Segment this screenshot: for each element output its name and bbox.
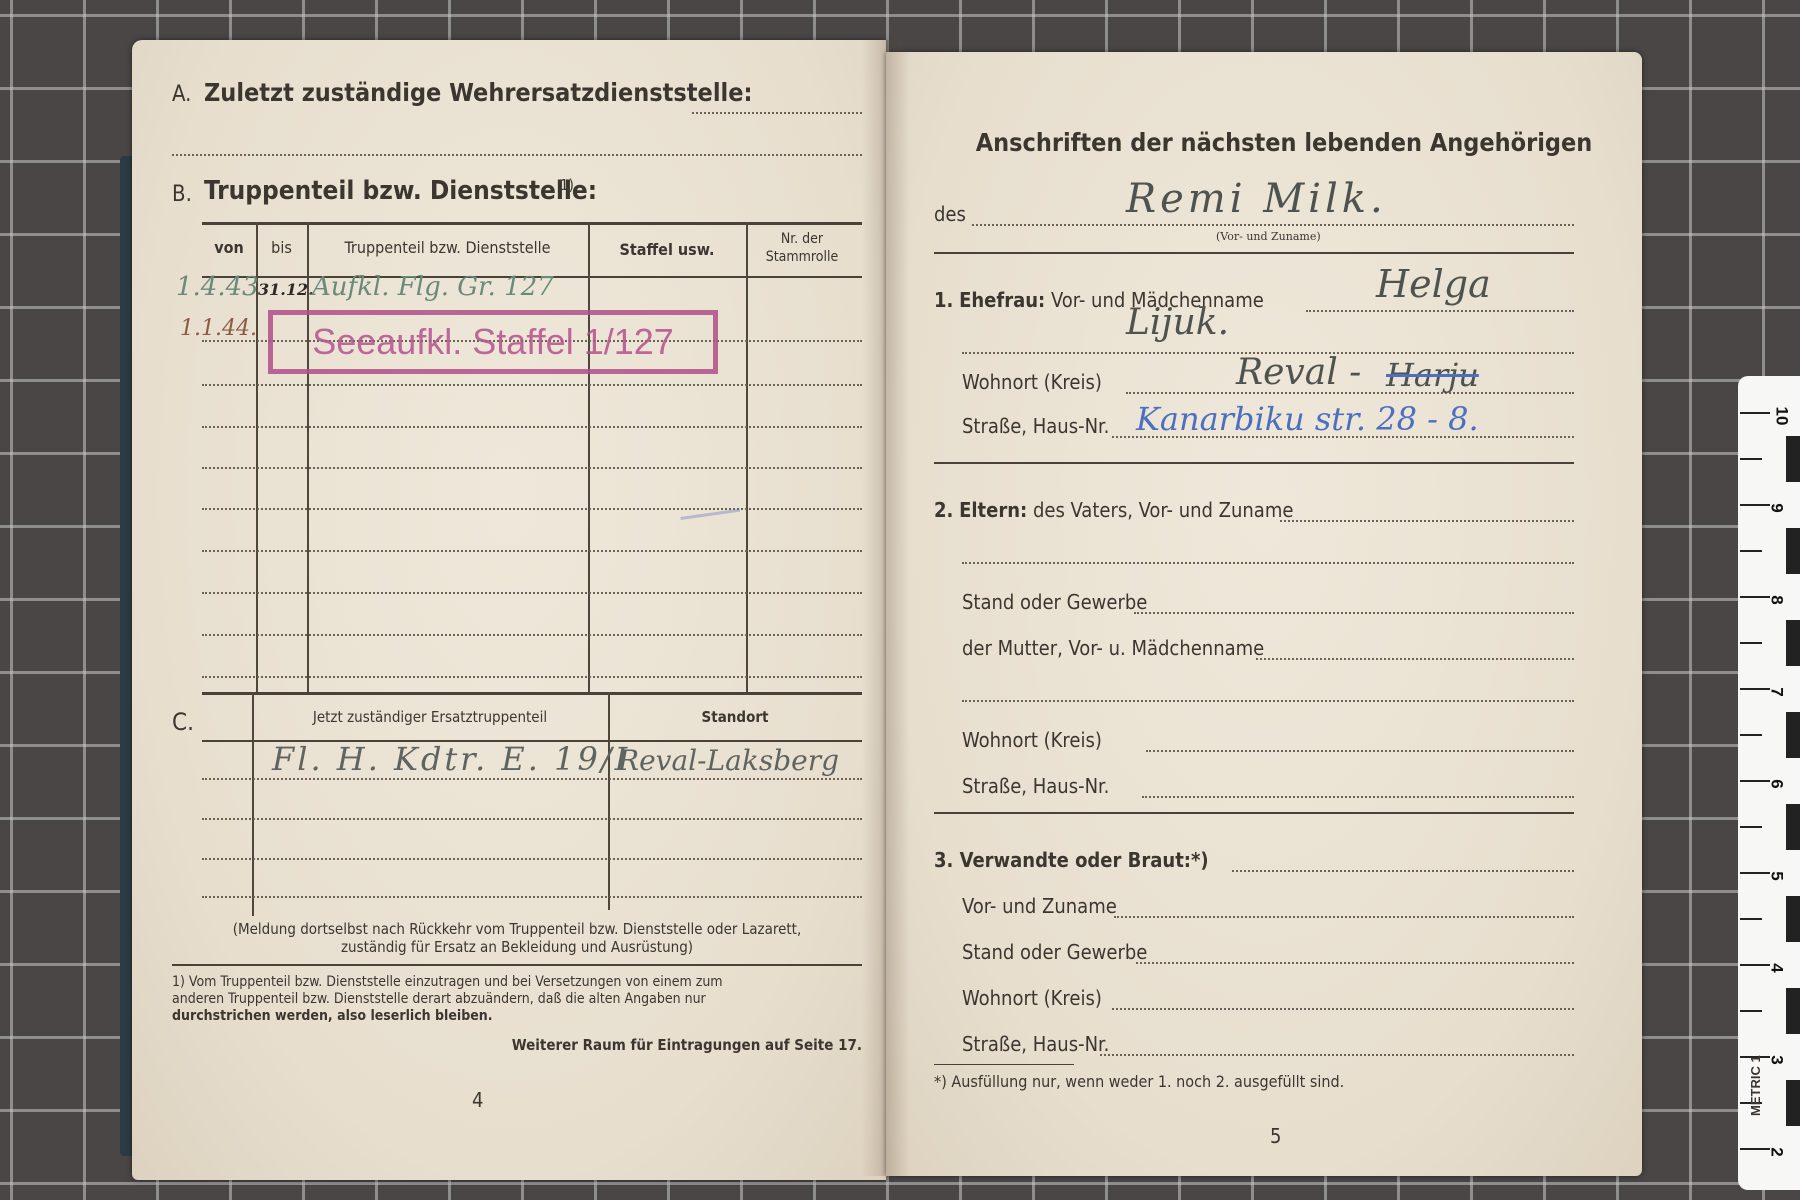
table-c-row-line [202,818,862,820]
table-b-col-divider [588,222,590,692]
section-c-note-line1: (Meldung dortselbst nach Rückkehr vom Tr… [172,920,862,938]
section-2-vater-label: des Vaters, Vor- und Zuname [1033,498,1293,522]
footnote-separator [934,1064,1074,1065]
section-separator [934,252,1574,254]
section-2-bold-label: Eltern: [959,498,1027,522]
ruler-tick [1740,550,1762,552]
verwandte-stand-label: Stand oder Gewerbe [962,940,1147,964]
ruler-number: 3 [1767,1055,1787,1064]
page-4: A. Zuletzt zuständige Wehrersatzdienstst… [132,40,886,1180]
ehefrau-strasse-value: Kanarbiku str. 28 - 8. [1136,400,1479,438]
section-a-field-line-2 [172,154,862,156]
ruler-number: 7 [1767,687,1787,696]
section-2-number: 2. [934,498,953,522]
unit-stamp: Seeaufkl. Staffel 1/127 [268,310,718,374]
metric-scale-ruler: 10 9 8 7 6 5 4 3 2 METRIC 1 [1738,376,1800,1190]
continuation-note: Weiterer Raum für Eintragungen auf Seite… [172,1036,862,1054]
verwandte-line [1232,870,1574,872]
mutter-name-line-2 [962,700,1574,702]
table-b-header-staffel: Staffel usw. [588,240,746,259]
vater-name-line-2 [962,562,1574,564]
table-b-row-line [202,384,862,386]
table-b-row2-von: 1.1.44. [180,316,257,341]
ruler-number: 9 [1767,503,1787,512]
verwandte-stand-line [1136,962,1574,964]
ruler-stripe [1786,436,1800,482]
ruler-number: 6 [1767,779,1787,788]
table-c-row-line [202,778,862,780]
footnote-1-line1: 1) Vom Truppenteil bzw. Dienststelle ein… [172,974,862,991]
section-1-bold-label: Ehefrau: [959,288,1045,312]
table-b-header-nr-stammrolle: Nr. der Stammrolle [752,230,852,266]
eltern-strasse-line [1142,796,1574,798]
table-b-row1-truppenteil: Aufkl. Flg. Gr. 127 [312,272,554,302]
section-c-note-line2: zuständig für Ersatz an Bekleidung und A… [172,938,862,956]
section-3-header: 3. Verwandte oder Braut:*) [934,848,1209,872]
ruler-stripe [1786,528,1800,574]
section-b-footnote-ref: 1) [560,176,574,194]
section-a-field-line-1 [692,112,862,114]
table-c-header-standort: Standort [608,708,862,726]
ruler-stripe [1786,620,1800,666]
section-1-number: 1. [934,288,953,312]
ehefrau-wohnort-label: Wohnort (Kreis) [962,370,1102,394]
ruler-tick [1740,504,1770,506]
mutter-name-line-1 [1256,658,1574,660]
ruler-stripe [1786,988,1800,1034]
table-b-row1-bis: 31.12. [258,280,314,299]
verwandte-name-label: Vor- und Zuname [962,894,1117,918]
table-b-row1-von: 1.4.43 [176,272,259,302]
ruler-stripe [1786,712,1800,758]
ruler-tick [1740,412,1770,414]
section-3-bold-label: Verwandte oder Braut:*) [960,848,1209,872]
table-b-top-rule [202,222,862,225]
des-label: des [934,202,966,226]
ehefrau-name-line-1 [1306,310,1574,312]
ruler-tick [1740,734,1762,736]
table-b-row-line [202,550,862,552]
page-5: Anschriften der nächsten lebenden Angehö… [886,52,1642,1176]
verwandte-wohnort-line [1112,1008,1574,1010]
section-c-note: (Meldung dortselbst nach Rückkehr vom Tr… [172,920,862,956]
des-caption: (Vor- und Zuname) [1216,230,1321,243]
table-b-header-truppenteil: Truppenteil bzw. Dienststelle [307,238,588,257]
footnote-1-line2: anderen Truppenteil bzw. Dienststelle de… [172,991,862,1008]
ruler-tick [1740,918,1762,920]
table-b-row-line [202,676,862,678]
ruler-tick [1740,780,1770,782]
page-number-4: 4 [472,1088,483,1112]
section-3-number: 3. [934,848,953,872]
ruler-number: 8 [1767,595,1787,604]
eltern-strasse-label: Straße, Haus-Nr. [962,774,1109,798]
section-b-letter: B. [172,182,192,207]
ruler-tick [1740,688,1770,690]
ruler-stripe [1786,804,1800,850]
eltern-wohnort-label: Wohnort (Kreis) [962,728,1102,752]
table-b-row-line [202,508,862,510]
verwandte-name-line [1114,916,1574,918]
footnote-1: 1) Vom Truppenteil bzw. Dienststelle ein… [172,974,862,1025]
des-field-line [972,224,1574,226]
table-c-row1-ersatztruppenteil: Fl. H. Kdtr. E. 19/I [272,740,630,778]
table-b-row-line [202,592,862,594]
ruler-number: 2 [1767,1147,1787,1156]
table-c-top-rule [202,692,862,695]
table-c-header-ersatztruppenteil: Jetzt zuständiger Ersatztruppenteil [252,708,608,726]
ruler-number: 4 [1767,963,1787,972]
ruler-number: 5 [1767,871,1787,880]
table-b-row-line [202,467,862,469]
unit-stamp-text: Seeaufkl. Staffel 1/127 [312,321,674,363]
ruler-tick [1740,964,1770,966]
section-b-label: Truppenteil bzw. Dienststelle: [204,176,597,206]
verwandte-wohnort-label: Wohnort (Kreis) [962,986,1102,1010]
table-c-row-line [202,896,862,898]
mutter-name-label: der Mutter, Vor- u. Mädchenname [962,636,1264,660]
section-separator [934,812,1574,814]
eltern-wohnort-line [1146,750,1574,752]
ruler-tick [1740,1010,1762,1012]
section-a-letter: A. [172,82,191,107]
footnote-asterisk: *) Ausfüllung nur, wenn weder 1. noch 2.… [934,1072,1344,1091]
footnote-separator [172,964,862,966]
ruler-stripe [1786,896,1800,942]
ruler-tick [1740,458,1762,460]
ruler-label: METRIC 1 [1748,1055,1763,1116]
page-number-5: 5 [1270,1124,1281,1148]
vater-stand-label: Stand oder Gewerbe [962,590,1147,614]
section-2-header: 2. Eltern: des Vaters, Vor- und Zuname [934,498,1293,522]
table-c-row-line [202,858,862,860]
verwandte-strasse-label: Straße, Haus-Nr. [962,1032,1109,1056]
footnote-1-line3: durchstrichen werden, also leserlich ble… [172,1008,862,1025]
table-b-row-line [202,634,862,636]
table-b-header-bis: bis [256,238,307,257]
section-c-letter: C. [172,708,194,736]
vater-stand-line [1134,612,1574,614]
verwandte-strasse-line [1100,1054,1574,1056]
ehefrau-strasse-label: Straße, Haus-Nr. [962,414,1109,438]
ruler-stripe [1786,1080,1800,1126]
table-b-row-line [202,426,862,428]
ruler-tick [1740,872,1770,874]
ehefrau-name-value-2: Lijuk. [1126,302,1229,343]
ruler-tick [1740,826,1762,828]
faded-ink-mark [676,476,740,520]
section-separator [934,462,1574,464]
table-b-col-divider [746,222,748,692]
ruler-tick [1740,1148,1770,1150]
page-title: Anschriften der nächsten lebenden Angehö… [886,128,1642,157]
open-document-booklet: A. Zuletzt zuständige Wehrersatzdienstst… [120,36,1650,1176]
des-value: Remi Milk. [1126,176,1387,222]
section-a-label: Zuletzt zuständige Wehrersatzdienststell… [204,78,752,107]
ruler-tick [1740,642,1762,644]
table-c-row1-standort: Reval-Laksberg [618,744,839,777]
ehefrau-wohnort-value: Reval - [1236,352,1361,393]
ehefrau-wohnort-struck: Harju [1386,356,1479,394]
ruler-number: 10 [1771,407,1791,426]
table-b-header-von: von [202,238,256,257]
ehefrau-name-value-1: Helga [1376,262,1491,306]
ruler-tick [1740,596,1770,598]
vater-name-line-1 [1280,520,1574,522]
